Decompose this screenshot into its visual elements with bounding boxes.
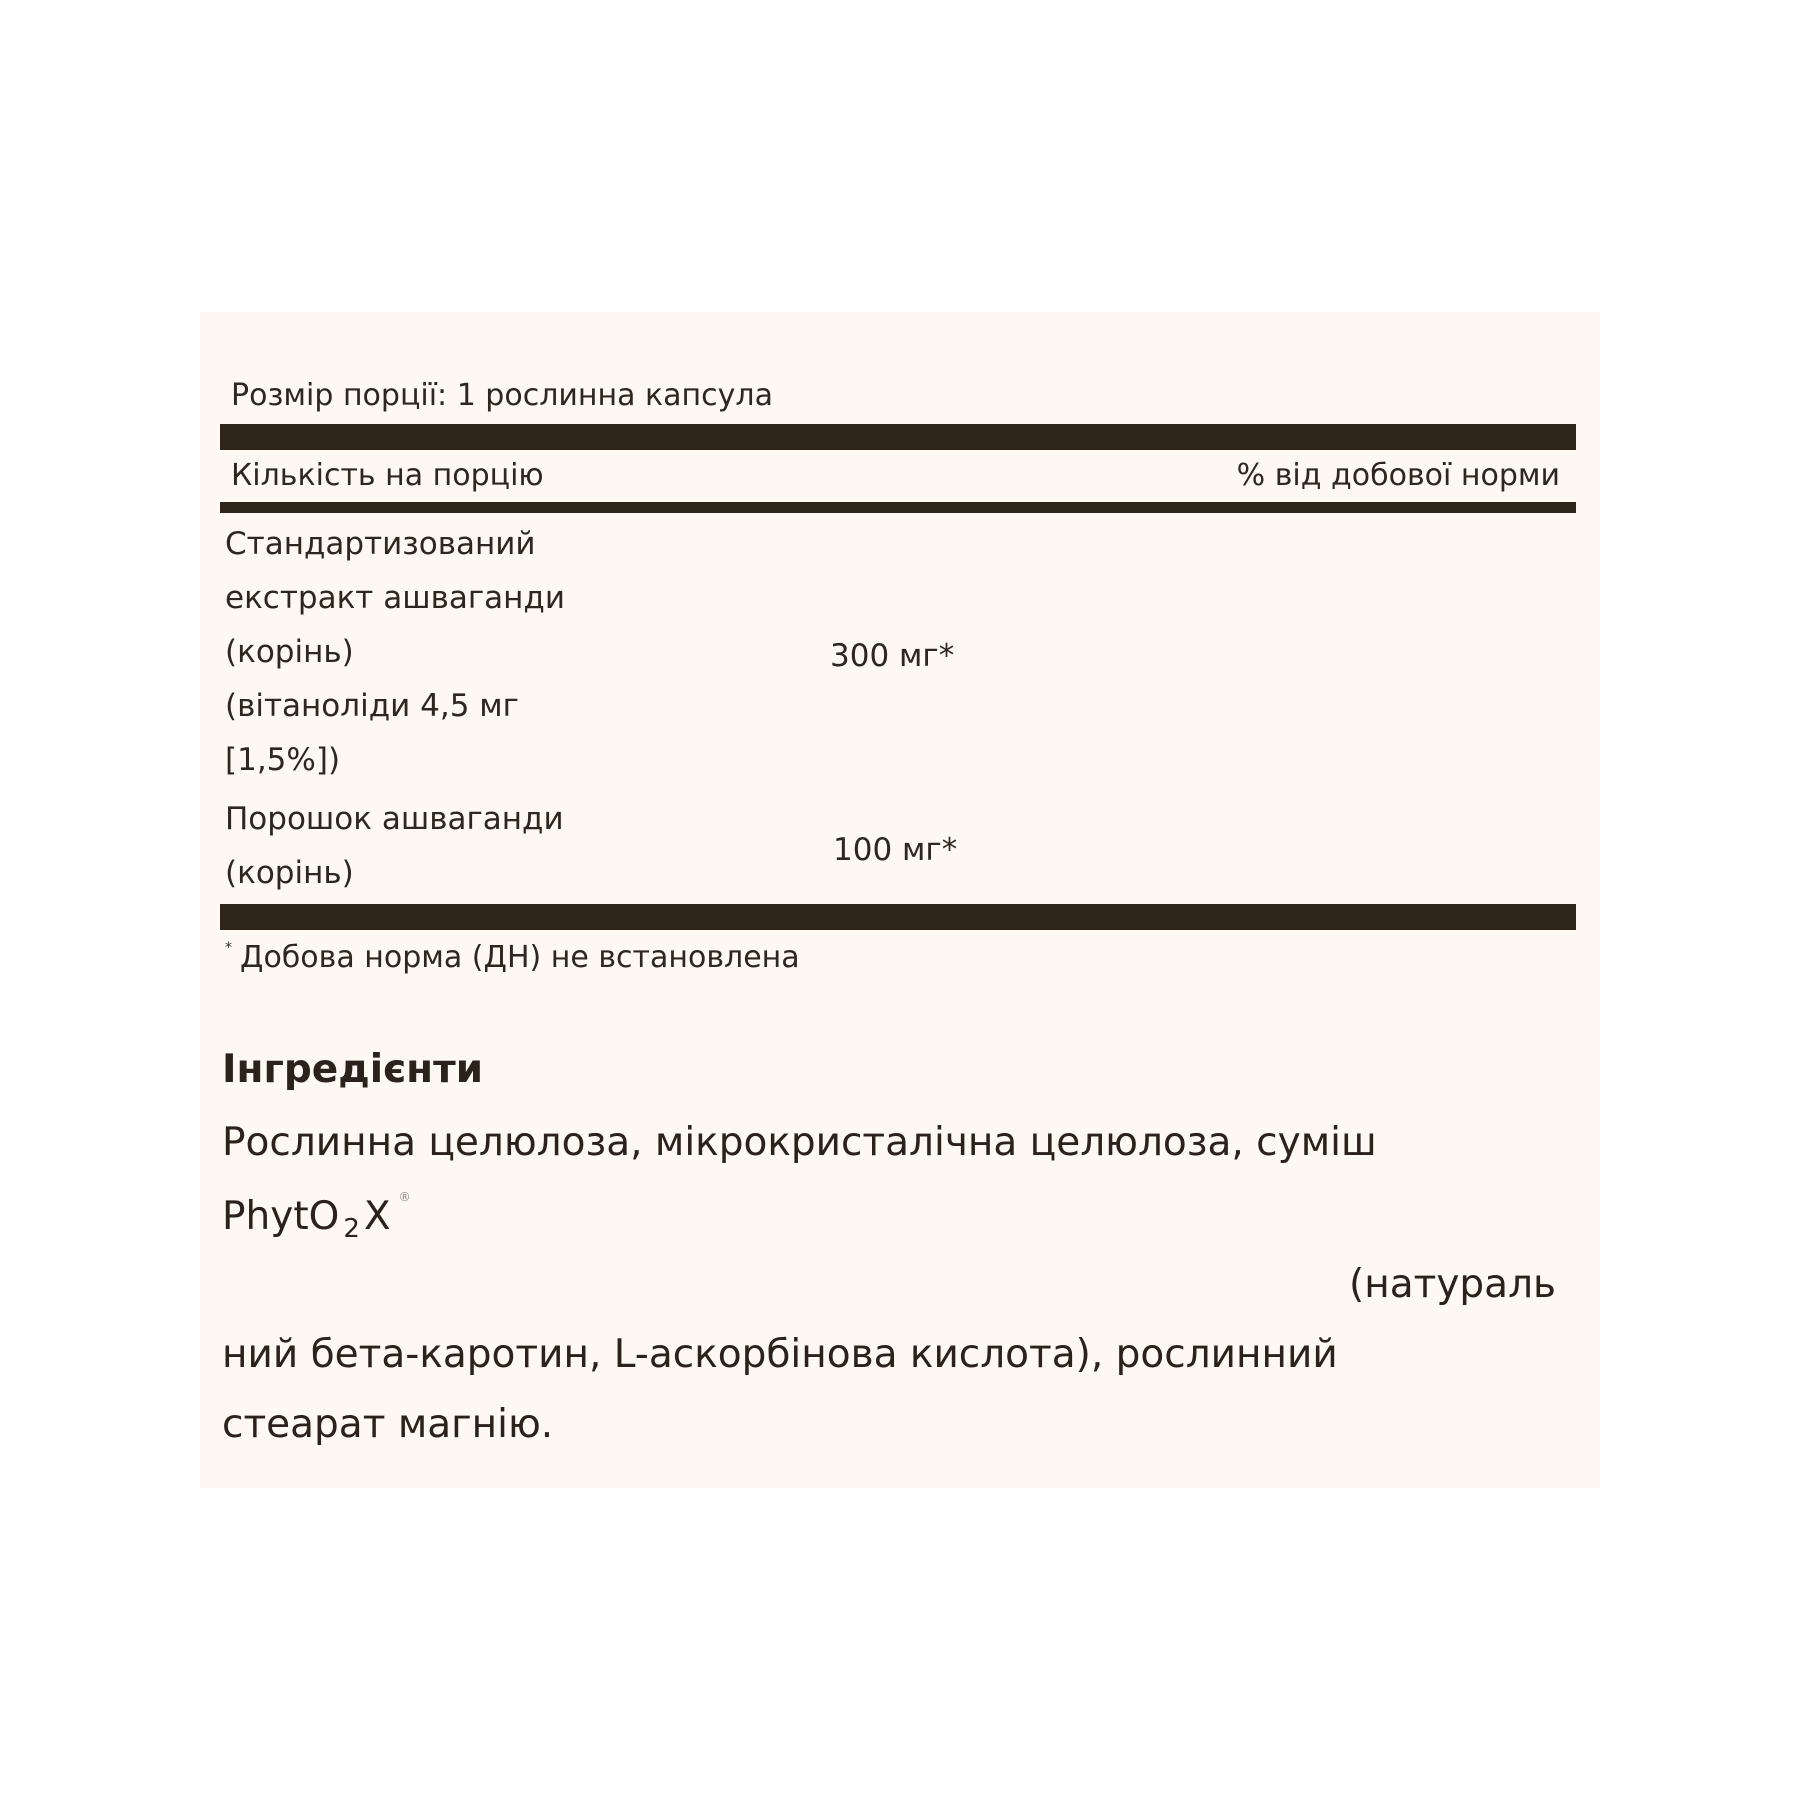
header-amount-per-serving: Кількість на порцію	[231, 458, 544, 493]
footnote-text: Добова норма (ДН) не встановлена	[240, 940, 800, 975]
nutrient-row-1-amount: 300 мг*	[830, 638, 954, 674]
ingredients-title: Інгредієнти	[222, 1047, 483, 1092]
ingredients-line-1: Рослинна целюлоза, мікрокристалічна целю…	[222, 1120, 1377, 1165]
phyto2x-prefix: PhytO	[222, 1194, 339, 1239]
thick-divider-top	[220, 424, 1576, 450]
name-line: Порошок ашваганди	[225, 792, 645, 846]
ingredients-line-5: стеарат магнію.	[222, 1402, 553, 1447]
thin-divider	[220, 502, 1576, 513]
phyto2x-suffix: X	[364, 1194, 391, 1239]
footnote-mark: *	[225, 940, 232, 956]
nutrient-row-2-amount: 100 мг*	[833, 832, 957, 868]
phyto2x-subscript: 2	[343, 1214, 360, 1244]
name-line: (вітаноліди 4,5 мг	[225, 679, 645, 733]
name-line: (корінь)	[225, 846, 645, 900]
thick-divider-bottom	[220, 904, 1576, 930]
name-line: [1,5%])	[225, 733, 645, 787]
registered-mark: ®	[399, 1190, 411, 1204]
ingredients-line-2: PhytO2X®	[222, 1190, 411, 1244]
name-line: Стандартизований	[225, 517, 645, 571]
footnote: *Добова норма (ДН) не встановлена	[225, 940, 800, 975]
supplement-facts-panel: Розмір порції: 1 рослинна капсула Кількі…	[200, 312, 1600, 1488]
ingredients-line-3: (натураль	[1349, 1262, 1556, 1307]
nutrient-row-1-name: Стандартизований екстракт ашваганди (кор…	[225, 517, 645, 787]
header-daily-value: % від добової норми	[1237, 458, 1560, 493]
nutrient-row-2-name: Порошок ашваганди (корінь)	[225, 792, 645, 900]
name-line: екстракт ашваганди	[225, 571, 645, 625]
name-line: (корінь)	[225, 625, 645, 679]
serving-size: Розмір порції: 1 рослинна капсула	[231, 378, 773, 413]
ingredients-line-4: ний бета-каротин, L-аскорбінова кислота)…	[222, 1332, 1338, 1377]
